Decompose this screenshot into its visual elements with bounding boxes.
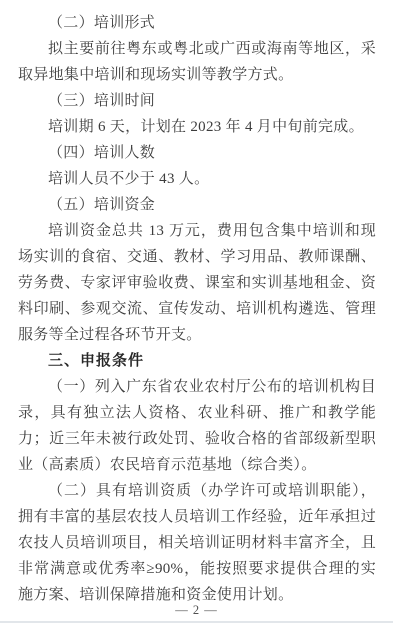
section-heading-training-funds: （五）培训资金 (18, 192, 376, 218)
paragraph-criteria-one: （一）列入广东省农业农村厅公布的培训机构目录，具有独立法人资格、农业科研、推广和… (18, 374, 376, 478)
paragraph-training-time: 培训期 6 天，计划在 2023 年 4 月中旬前完成。 (18, 114, 376, 140)
paragraph-training-funds: 培训资金总共 13 万元，费用包含集中培训和现场实训的食宿、交通、教材、学习用品… (18, 218, 376, 348)
chapter-heading-application-criteria: 三、申报条件 (18, 348, 376, 374)
paragraph-criteria-two: （二）具有培训资质（办学许可或培训职能），拥有丰富的基层农技人员培训工作经验，近… (18, 478, 376, 608)
section-heading-trainee-count: （四）培训人数 (18, 140, 376, 166)
paragraph-trainee-count: 培训人员不少于 43 人。 (18, 166, 376, 192)
document-body: （二）培训形式 拟主要前往粤东或粤北或广西或海南等地区，采取异地集中培训和现场实… (18, 10, 376, 608)
section-heading-training-format: （二）培训形式 (18, 10, 376, 36)
document-page: （二）培训形式 拟主要前往粤东或粤北或广西或海南等地区，采取异地集中培训和现场实… (0, 0, 393, 623)
section-heading-training-time: （三）培训时间 (18, 88, 376, 114)
paragraph-training-format: 拟主要前往粤东或粤北或广西或海南等地区，采取异地集中培训和现场实训等教学方式。 (18, 36, 376, 88)
page-number: — 2 — (0, 603, 393, 617)
